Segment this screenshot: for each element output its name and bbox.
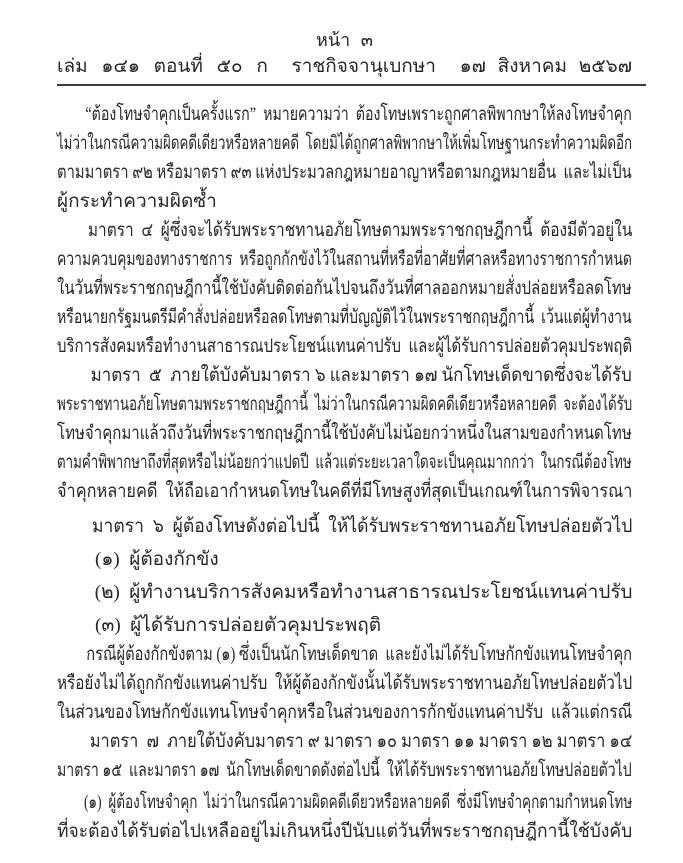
text-line: ในวันที่พระราชกฤษฎีกานี้ใช้บังคับติดต่อก… [57, 274, 511, 303]
text-line: (๓) ผู้ได้รับการปล่อยตัวคุมประพฤติ [57, 611, 632, 640]
text-line: โทษจำคุกมาแล้วถึงวันที่พระราชกฤษฎีกานี้ใ… [57, 419, 512, 448]
header-row: เล่ม ๑๔๑ ตอนที่ ๕๐ ก ราชกิจจานุเบกษา ๑๗ … [57, 53, 632, 80]
page-number: หน้า ๓ [57, 28, 632, 52]
text-line: กรณีผู้ต้องกักขังตาม (๑) ซึ่งเป็นนักโทษเ… [57, 640, 500, 669]
text-line: ผู้กระทำความผิดซ้ำ [57, 187, 632, 216]
text-line: มาตรา ๑๕ และมาตรา ๑๗ นักโทษเด็ดขาดดังต่อ… [57, 756, 484, 785]
text-line: ที่จะต้องได้รับต่อไปเหลืออยู่ไม่เกินหนึ่… [57, 817, 586, 846]
text-line: “ต้องโทษจำคุกเป็นครั้งแรก” หมายความว่า ต… [57, 100, 486, 129]
text-line: จำคุกหลายคดี ให้ถือเอากำหนดโทษในคดีที่มี… [57, 477, 550, 506]
text-line: บริการสังคมหรือทำงานสาธารณประโยชน์แทนค่า… [57, 332, 508, 361]
text-line: ในส่วนของโทษกักขังแทนโทษจำคุกหรือในส่วนข… [57, 698, 531, 727]
gazette-page: หน้า ๓ เล่ม ๑๔๑ ตอนที่ ๕๐ ก ราชกิจจานุเบ… [0, 0, 683, 863]
page-header: หน้า ๓ เล่ม ๑๔๑ ตอนที่ ๕๐ ก ราชกิจจานุเบ… [57, 28, 632, 86]
text-line: ไม่ว่าในกรณีความผิดคดีเดียวหรือหลายคดี โ… [57, 129, 459, 158]
text-line: มาตรา ๗ ภายใต้บังคับมาตรา ๙ มาตรา ๑๐ มาต… [57, 727, 553, 756]
publication-date: ๑๗ สิงหาคม ๒๕๖๗ [460, 53, 632, 80]
text-line: หรือนายกรัฐมนตรีมีคำสั่งปล่อยหรือลดโทษตา… [57, 303, 484, 332]
text-line: ความควบคุมของทางราชการ หรือถูกกักขังไว้ใ… [57, 245, 478, 274]
text-line: ตามคำพิพากษาถึงที่สุดหรือไม่น้อยกว่าแปดป… [57, 448, 459, 477]
gazette-name: ราชกิจจานุเบกษา [292, 53, 436, 80]
text-line: พระราชทานอภัยโทษตามพระราชกฤษฎีกานี้ ไม่ว… [57, 390, 459, 419]
text-line: มาตรา ๔ ผู้ซึ่งจะได้รับพระราชทานอภัยโทษต… [57, 216, 524, 245]
text-line: ตามมาตรา ๙๒ หรือมาตรา ๙๓ แห่งประมวลกฎหมา… [57, 158, 504, 187]
text-line: มาตรา ๖ ผู้ต้องโทษดังต่อไปนี้ ให้ได้รับพ… [57, 512, 587, 541]
text-line: มาตรา ๕ ภายใต้บังคับมาตรา ๖ และมาตรา ๑๗ … [57, 361, 566, 390]
issue-info: เล่ม ๑๔๑ ตอนที่ ๕๐ ก [57, 53, 268, 80]
text-line: (๒) ผู้ทำงานบริการสังคมหรือทำงานสาธารณปร… [57, 578, 629, 607]
text-line: (๑) ผู้ต้องกักขัง [57, 545, 632, 574]
document-body: “ต้องโทษจำคุกเป็นครั้งแรก” หมายความว่า ต… [57, 86, 632, 846]
text-line: (๑) ผู้ต้องโทษจำคุก ไม่ว่าในกรณีความผิดค… [57, 788, 466, 817]
text-line: หรือยังไม่ได้ถูกกักขังแทนค่าปรับ ให้ผู้ต… [57, 669, 518, 698]
